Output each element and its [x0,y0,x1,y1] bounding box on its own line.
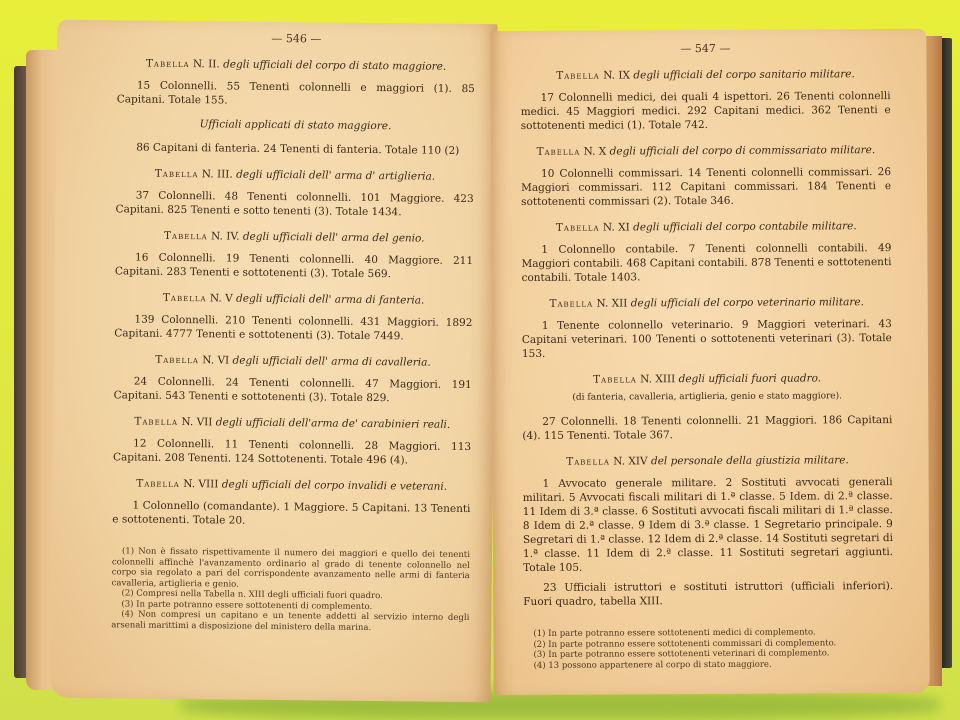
section-heading: Tabella N. VIII degli ufficiali del corp… [113,476,471,494]
section-body: 1 Colonnello (comandante). 1 Maggiore. 5… [112,498,470,530]
section-subtitle: Ufficiali applicati di stato maggiore. [116,116,474,134]
section-heading: Tabella N. IV. degli ufficiali dell' arm… [115,228,473,246]
section-body: 15 Colonnelli. 55 Tenenti colonnelli e m… [117,78,475,110]
footnotes: (1) In parte potranno essere sottotenent… [523,627,893,671]
section-body: 27 Colonnelli. 18 Tenenti colonnelli. 21… [522,413,892,443]
section-body: 17 Colonnelli medici, dei quali 4 ispett… [521,89,891,133]
section-heading: Tabella N. VI degli ufficiali dell' arma… [114,352,472,370]
section-heading: Tabella N. V degli ufficiali dell' arma … [115,290,473,308]
section-heading: Tabella N. XII degli ufficiali del corpo… [522,295,892,311]
section-heading: Tabella N. IX degli ufficiali del corpo … [520,67,890,83]
section-body: 16 Colonnelli. 19 Tenenti colonnelli. 40… [115,250,473,282]
section-heading: Tabella N. VII degli ufficiali dell'arma… [113,414,471,432]
footnotes: (1) Non è fissato rispettivamente il num… [111,546,470,634]
section-heading: Tabella N. XIV del personale della giust… [522,453,892,469]
section-heading: Tabella N. XIII degli ufficiali fuori qu… [522,371,892,387]
left-page: — 546 — Tabella N. II. degli ufficiali d… [50,20,497,703]
section-body: 1 Tenente colonnello veterinario. 9 Magg… [522,317,892,361]
page-number: — 547 — [520,41,890,57]
section-body: 12 Colonnelli. 11 Tenenti colonnelli. 28… [113,436,471,468]
page-number: — 546 — [117,30,475,48]
footnote: (4) 13 possono appartenere al corpo di s… [524,659,894,671]
section-body: 1 Avvocato generale militare. 2 Sostitut… [523,475,894,575]
section-body: 23 Ufficiali istruttori e sostituti istr… [523,579,893,609]
section-body: 37 Colonnelli. 48 Tenenti colonnelli. 10… [116,188,474,220]
section-body: 1 Colonnello contabile. 7 Tenenti colonn… [521,241,891,285]
right-page: — 547 — Tabella N. IX degli ufficiali de… [490,29,929,695]
footnote: (4) Non compresi un capitano e un tenent… [111,609,469,634]
section-heading: Tabella N. III. degli ufficiali dell' ar… [116,166,474,184]
section-heading: Tabella N. XI degli ufficiali del corpo … [521,219,891,235]
section-note: (di fanteria, cavalleria, artiglieria, g… [522,389,892,405]
section-body: 10 Colonnelli commissari. 14 Tenenti col… [521,165,891,209]
section-heading: Tabella N. II. degli ufficiali del corpo… [117,56,475,74]
footnote: (1) Non è fissato rispettivamente il num… [112,546,470,592]
section-heading: Tabella N. X degli ufficiali del corpo d… [521,143,891,159]
section-body: 139 Colonnelli. 210 Tenenti colonnelli. … [114,312,472,344]
section-body: 86 Capitani di fanteria. 24 Tenenti di f… [116,140,474,158]
section-body: 24 Colonnelli. 24 Tenenti colonnelli. 47… [114,374,472,406]
